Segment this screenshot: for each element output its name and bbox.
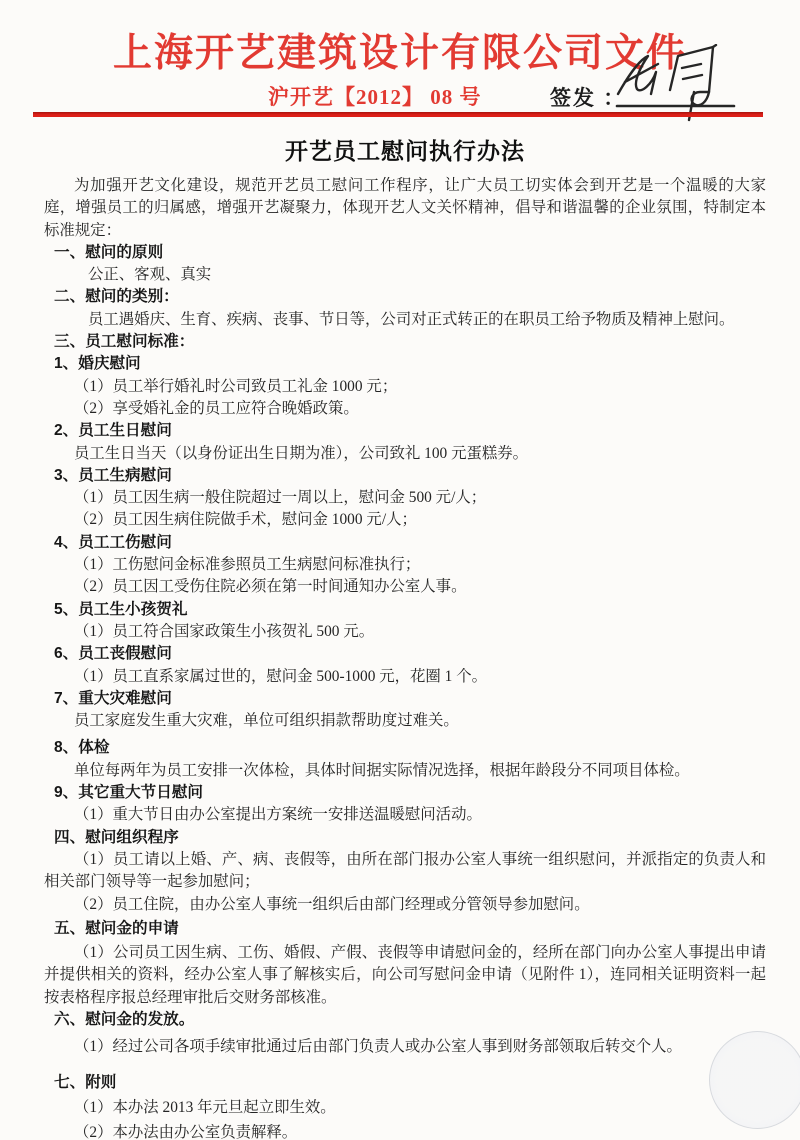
section-heading: 七、附则 bbox=[54, 1072, 766, 1094]
paragraph: （1）公司员工因生病、工伤、婚假、产假、丧假等申请慰问金的，经所在部门向办公室人… bbox=[44, 942, 766, 1009]
section-heading: 二、慰问的类别： bbox=[54, 286, 766, 308]
paragraph: （1）重大节日由办公室提出方案统一安排送温暖慰问活动。 bbox=[44, 804, 766, 826]
section-heading: 7、重大灾难慰问 bbox=[54, 688, 766, 710]
paragraph: （1）本办法 2013 年元旦起立即生效。 bbox=[44, 1097, 766, 1119]
section-heading: 五、慰问金的申请 bbox=[54, 918, 766, 940]
paragraph: 公正、客观、真实 bbox=[44, 264, 766, 286]
paragraph: （1）员工直系家属过世的，慰问金 500-1000 元，花圈 1 个。 bbox=[44, 666, 766, 688]
paragraph: （1）员工请以上婚、产、病、丧假等，由所在部门报办公室人事统一组织慰问，并派指定… bbox=[44, 849, 766, 894]
handwritten-signature-icon bbox=[612, 44, 752, 130]
section-heading: 6、员工丧假慰问 bbox=[54, 643, 766, 665]
paragraph: （2）员工因生病住院做手术，慰问金 1000 元/人； bbox=[44, 509, 766, 531]
section-heading: 六、慰问金的发放。 bbox=[54, 1009, 766, 1031]
paragraph: 员工生日当天（以身份证出生日期为准），公司致礼 100 元蛋糕券。 bbox=[44, 443, 766, 465]
section-heading: 四、慰问组织程序 bbox=[54, 827, 766, 849]
section-heading: 1、婚庆慰问 bbox=[54, 353, 766, 375]
paragraph: （1）员工符合国家政策生小孩贺礼 500 元。 bbox=[44, 621, 766, 643]
section-heading: 8、体检 bbox=[54, 737, 766, 759]
paragraph: 员工遇婚庆、生育、疾病、丧事、节日等，公司对正式转正的在职员工给予物质及精神上慰… bbox=[44, 309, 766, 331]
section-heading: 三、员工慰问标准： bbox=[54, 331, 766, 353]
doc-number: 沪开艺【2012】 08 号 bbox=[268, 81, 482, 111]
paragraph: （2）本办法由办公室负责解释。 bbox=[44, 1122, 766, 1140]
document-body: 为加强开艺文化建设，规范开艺员工慰问工作程序，让广大员工切实体会到开艺是一个温暖… bbox=[44, 175, 766, 1140]
paragraph: （1）经过公司各项手续审批通过后由部门负责人或办公室人事到财务部领取后转交个人。 bbox=[44, 1036, 766, 1058]
document-title: 开艺员工慰问执行办法 bbox=[44, 133, 766, 166]
document-main: 开艺员工慰问执行办法 为加强开艺文化建设，规范开艺员工慰问工作程序，让广大员工切… bbox=[0, 130, 800, 1140]
document-page: 上海开艺建筑设计有限公司文件 沪开艺【2012】 08 号 签发 ： bbox=[0, 0, 800, 1140]
section-heading: 2、员工生日慰问 bbox=[54, 420, 766, 442]
section-heading: 9、其它重大节日慰问 bbox=[54, 782, 766, 804]
paragraph: 为加强开艺文化建设，规范开艺员工慰问工作程序，让广大员工切实体会到开艺是一个温暖… bbox=[44, 175, 766, 242]
paragraph: （2）员工因工受伤住院必须在第一时间通知办公室人事。 bbox=[44, 576, 766, 598]
faint-stamp-mark-icon bbox=[709, 1031, 800, 1129]
paragraph: （1）员工举行婚礼时公司致员工礼金 1000 元； bbox=[44, 376, 766, 398]
paragraph: （2）员工住院，由办公室人事统一组织后由部门经理或分管领导参加慰问。 bbox=[44, 894, 766, 916]
paragraph: 员工家庭发生重大灾难，单位可组织捐款帮助度过难关。 bbox=[44, 710, 766, 732]
section-heading: 5、员工生小孩贺礼 bbox=[54, 599, 766, 621]
section-heading: 4、员工工伤慰问 bbox=[54, 532, 766, 554]
paragraph: 单位每两年为员工安排一次体检，具体时间据实际情况选择，根据年龄段分不同项目体检。 bbox=[44, 760, 766, 782]
header-divider-rule bbox=[33, 112, 763, 117]
paragraph: （2）享受婚礼金的员工应符合晚婚政策。 bbox=[44, 398, 766, 420]
paragraph: （1）工伤慰问金标准参照员工生病慰问标准执行； bbox=[44, 554, 766, 576]
section-heading: 一、慰问的原则 bbox=[54, 242, 766, 264]
paragraph: （1）员工因生病一般住院超过一周以上，慰问金 500 元/人； bbox=[44, 487, 766, 509]
section-heading: 3、员工生病慰问 bbox=[54, 465, 766, 487]
